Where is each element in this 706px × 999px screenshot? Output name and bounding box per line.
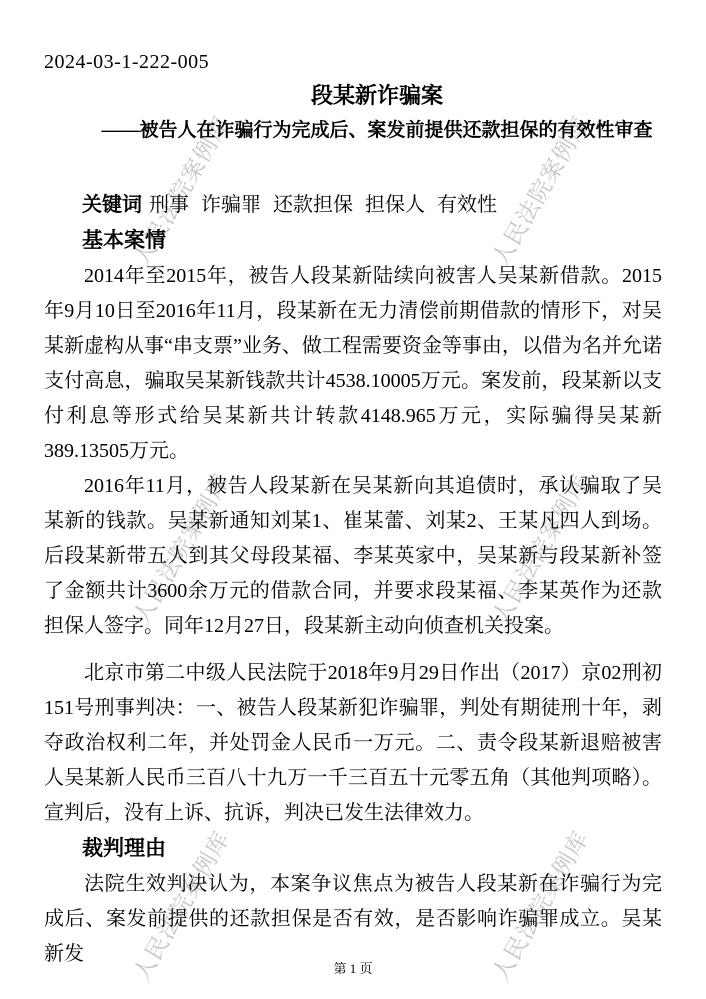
paragraph-reasons-1: 法院生效判决认为，本案争议焦点为被告人段某新在诈骗行为完成后、案发前提供的还款担… — [44, 867, 662, 972]
paragraph-facts-3: 北京市第二中级人民法院于2018年9月29日作出（2017）京02刑初151号刑… — [44, 656, 662, 831]
case-title: 段某新诈骗案 — [68, 78, 686, 114]
keyword-term: 刑事 — [149, 194, 189, 216]
paragraph-facts-1: 2014年至2015年，被告人段某新陆续向被害人吴某新借款。2015年9月10日… — [44, 259, 662, 469]
keyword-term: 还款担保 — [273, 194, 353, 216]
keywords-label: 关键词 — [82, 194, 142, 216]
section-heading-judgment-reasons: 裁判理由 — [44, 831, 662, 867]
keyword-term: 有效性 — [437, 194, 497, 216]
page-number: 第 1 页 — [0, 958, 706, 977]
document-page: 人民法院案例库 人民法院案例库 人民法院案例库 人民法院案例库 人民法院案例库 … — [0, 0, 706, 999]
keywords-line: 关键词刑事诈骗罪还款担保担保人有效性 — [44, 187, 662, 223]
case-number: 2024-03-1-222-005 — [44, 50, 662, 74]
paragraph-facts-2: 2016年11月，被告人段某新在吴某新向其追债时，承认骗取了吴某新的钱款。吴某新… — [44, 469, 662, 644]
keyword-term: 担保人 — [365, 194, 425, 216]
keyword-term: 诈骗罪 — [201, 194, 261, 216]
case-subtitle: ——被告人在诈骗行为完成后、案发前提供还款担保的有效性审查 — [68, 114, 686, 148]
section-heading-basic-facts: 基本案情 — [44, 223, 662, 259]
document-content: 2024-03-1-222-005 段某新诈骗案 ——被告人在诈骗行为完成后、案… — [0, 0, 706, 999]
